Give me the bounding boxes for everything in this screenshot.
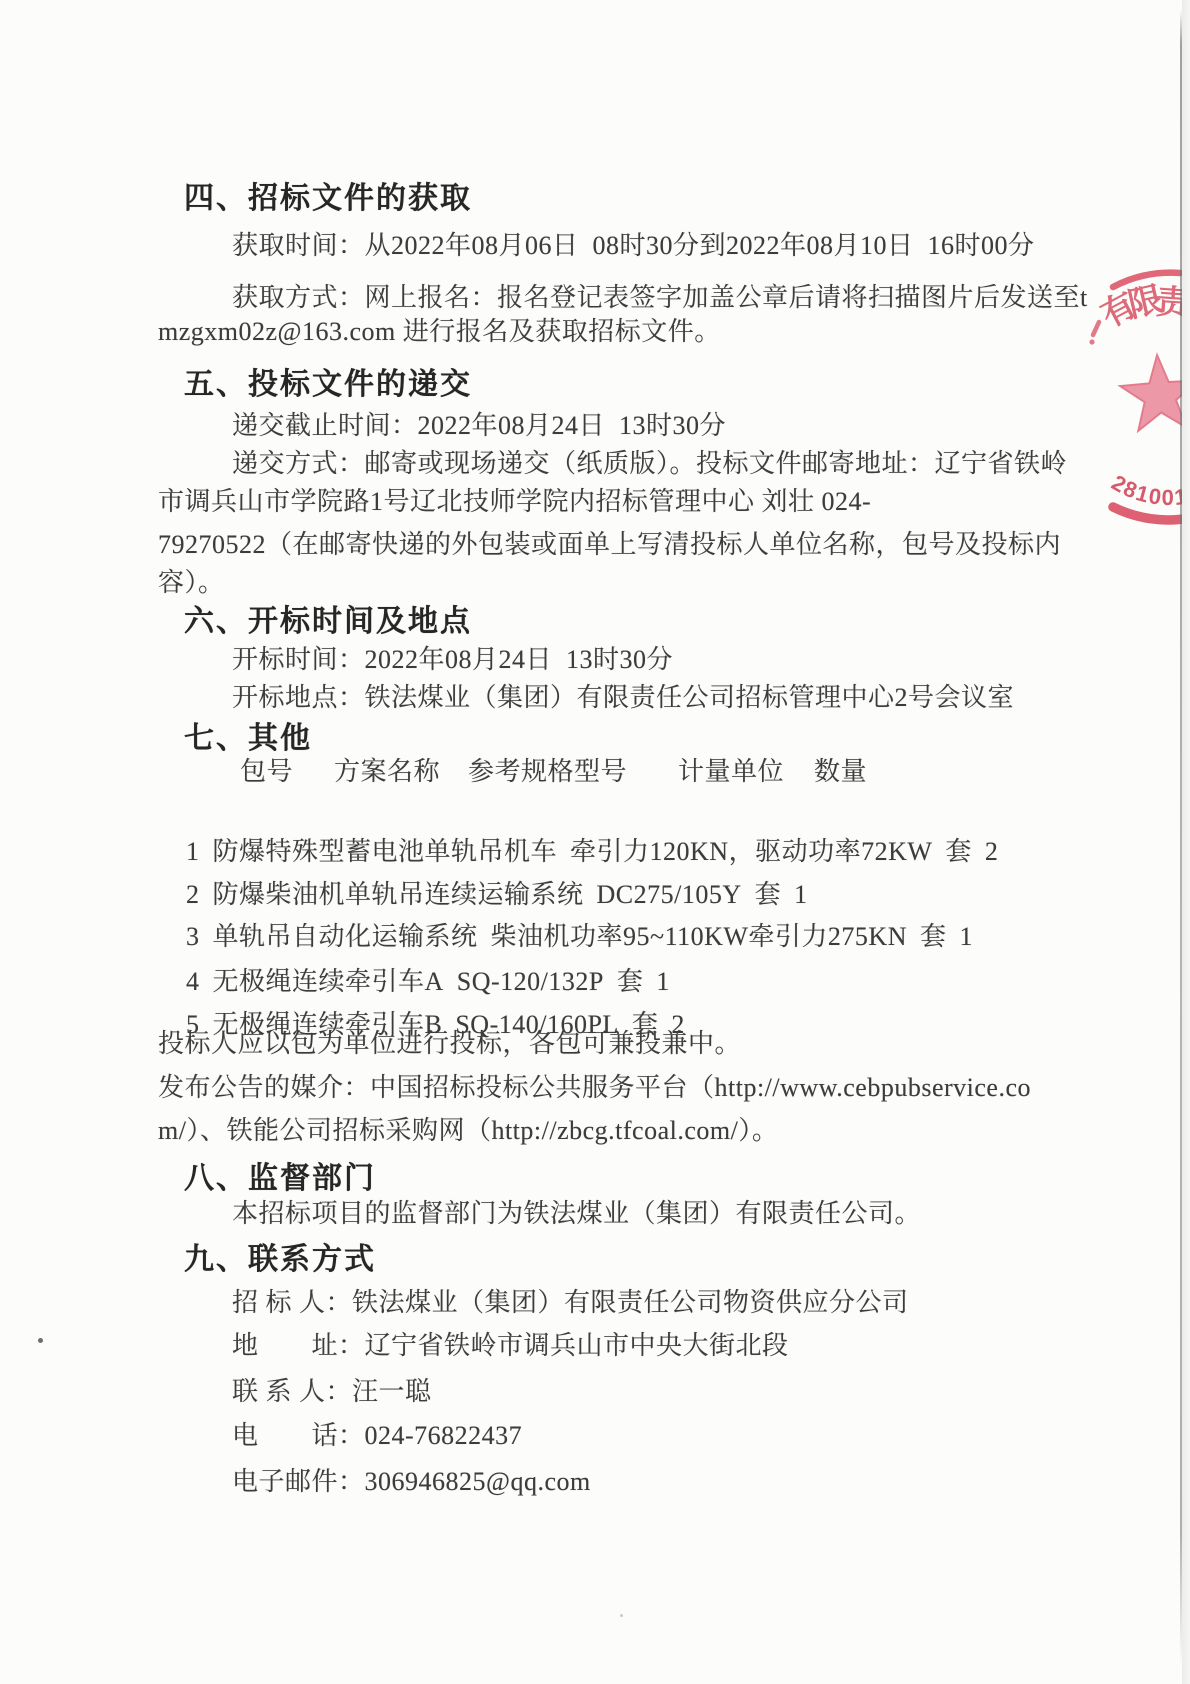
heading-section-5: 五、投标文件的递交 [184, 359, 472, 403]
ink-dot-artifact [38, 1338, 43, 1343]
seal-ring-text: 有 限 责 [1095, 280, 1190, 335]
line-submit-method-1: 递交方式：邮寄或现场递交（纸质版）。投标文件邮寄地址：辽宁省铁岭 [232, 443, 1067, 480]
line-submit-method-2: 市调兵山市学院路1号辽北技师学院内招标管理中心 刘壮 024- [158, 481, 871, 518]
company-seal-stamp: 有 限 责 2810010 [1040, 240, 1190, 540]
table-header-qty: 数量 [814, 751, 867, 788]
table-header-package: 包号 [240, 751, 293, 788]
document-page: 四、招标文件的获取 获取时间：从2022年08月06日 08时30分到2022年… [0, 0, 1190, 1684]
line-email: 电子邮件：306946825@qq.com [232, 1461, 591, 1498]
cell-unit: 套 [920, 922, 947, 951]
line-media-2: m/）、铁能公司招标采购网（http://zbcg.tfcoal.com/）。 [158, 1110, 778, 1147]
line-address: 地 址：辽宁省铁岭市调兵山市中央大街北段 [232, 1325, 789, 1362]
seal-serial-number: 2810010 [1107, 470, 1190, 510]
line-submit-deadline: 递交截止时间：2022年08月24日 13时30分 [232, 405, 726, 442]
cell-qty: 1 [960, 922, 974, 951]
line-open-time: 开标时间：2022年08月24日 13时30分 [232, 639, 673, 676]
heading-section-6: 六、开标时间及地点 [184, 596, 472, 640]
line-submit-method-3: 79270522（在邮寄快递的外包装或面单上写清投标人单位名称，包号及投标内 [158, 524, 1061, 561]
line-bid-note: 投标人应以包为单位进行投标，各包可兼投兼中。 [158, 1023, 741, 1060]
cell-unit: 套 [945, 837, 972, 866]
scan-edge-line [1180, 10, 1182, 1665]
line-supervision-body: 本招标项目的监督部门为铁法煤业（集团）有限责任公司。 [232, 1193, 921, 1230]
line-open-place: 开标地点：铁法煤业（集团）有限责任公司招标管理中心2号会议室 [232, 677, 1014, 714]
line-tenderee: 招 标 人：铁法煤业（集团）有限责任公司物资供应分公司 [232, 1282, 909, 1319]
heading-section-9: 九、联系方式 [184, 1234, 376, 1278]
scan-right-strip [1182, 0, 1190, 1684]
table-header-name: 方案名称 [334, 751, 440, 788]
paper-speck-artifact [620, 1614, 623, 1617]
line-media-1: 发布公告的媒介：中国招标投标公共服务平台（http://www.cebpubse… [158, 1067, 1031, 1104]
line-obtain-time: 获取时间：从2022年08月06日 08时30分到2022年08月10日 16时… [232, 225, 1035, 262]
line-obtain-method-2: mzgxm02z@163.com 进行报名及获取招标文件。 [158, 311, 721, 348]
line-submit-method-4: 容）。 [158, 562, 225, 599]
seal-partial-glyph [1089, 322, 1099, 345]
cell-qty: 2 [985, 837, 999, 866]
table-header-spec: 参考规格型号 [468, 751, 627, 788]
line-contact-person: 联 系 人：汪一聪 [232, 1371, 432, 1408]
heading-section-4: 四、招标文件的获取 [184, 173, 472, 217]
line-phone: 电 话：024-76822437 [232, 1415, 522, 1452]
table-header-unit: 计量单位 [678, 751, 784, 788]
heading-section-8: 八、监督部门 [184, 1153, 376, 1197]
line-obtain-method-1: 获取方式：网上报名：报名登记表签字加盖公章后请将扫描图片后发送至t [232, 277, 1088, 314]
